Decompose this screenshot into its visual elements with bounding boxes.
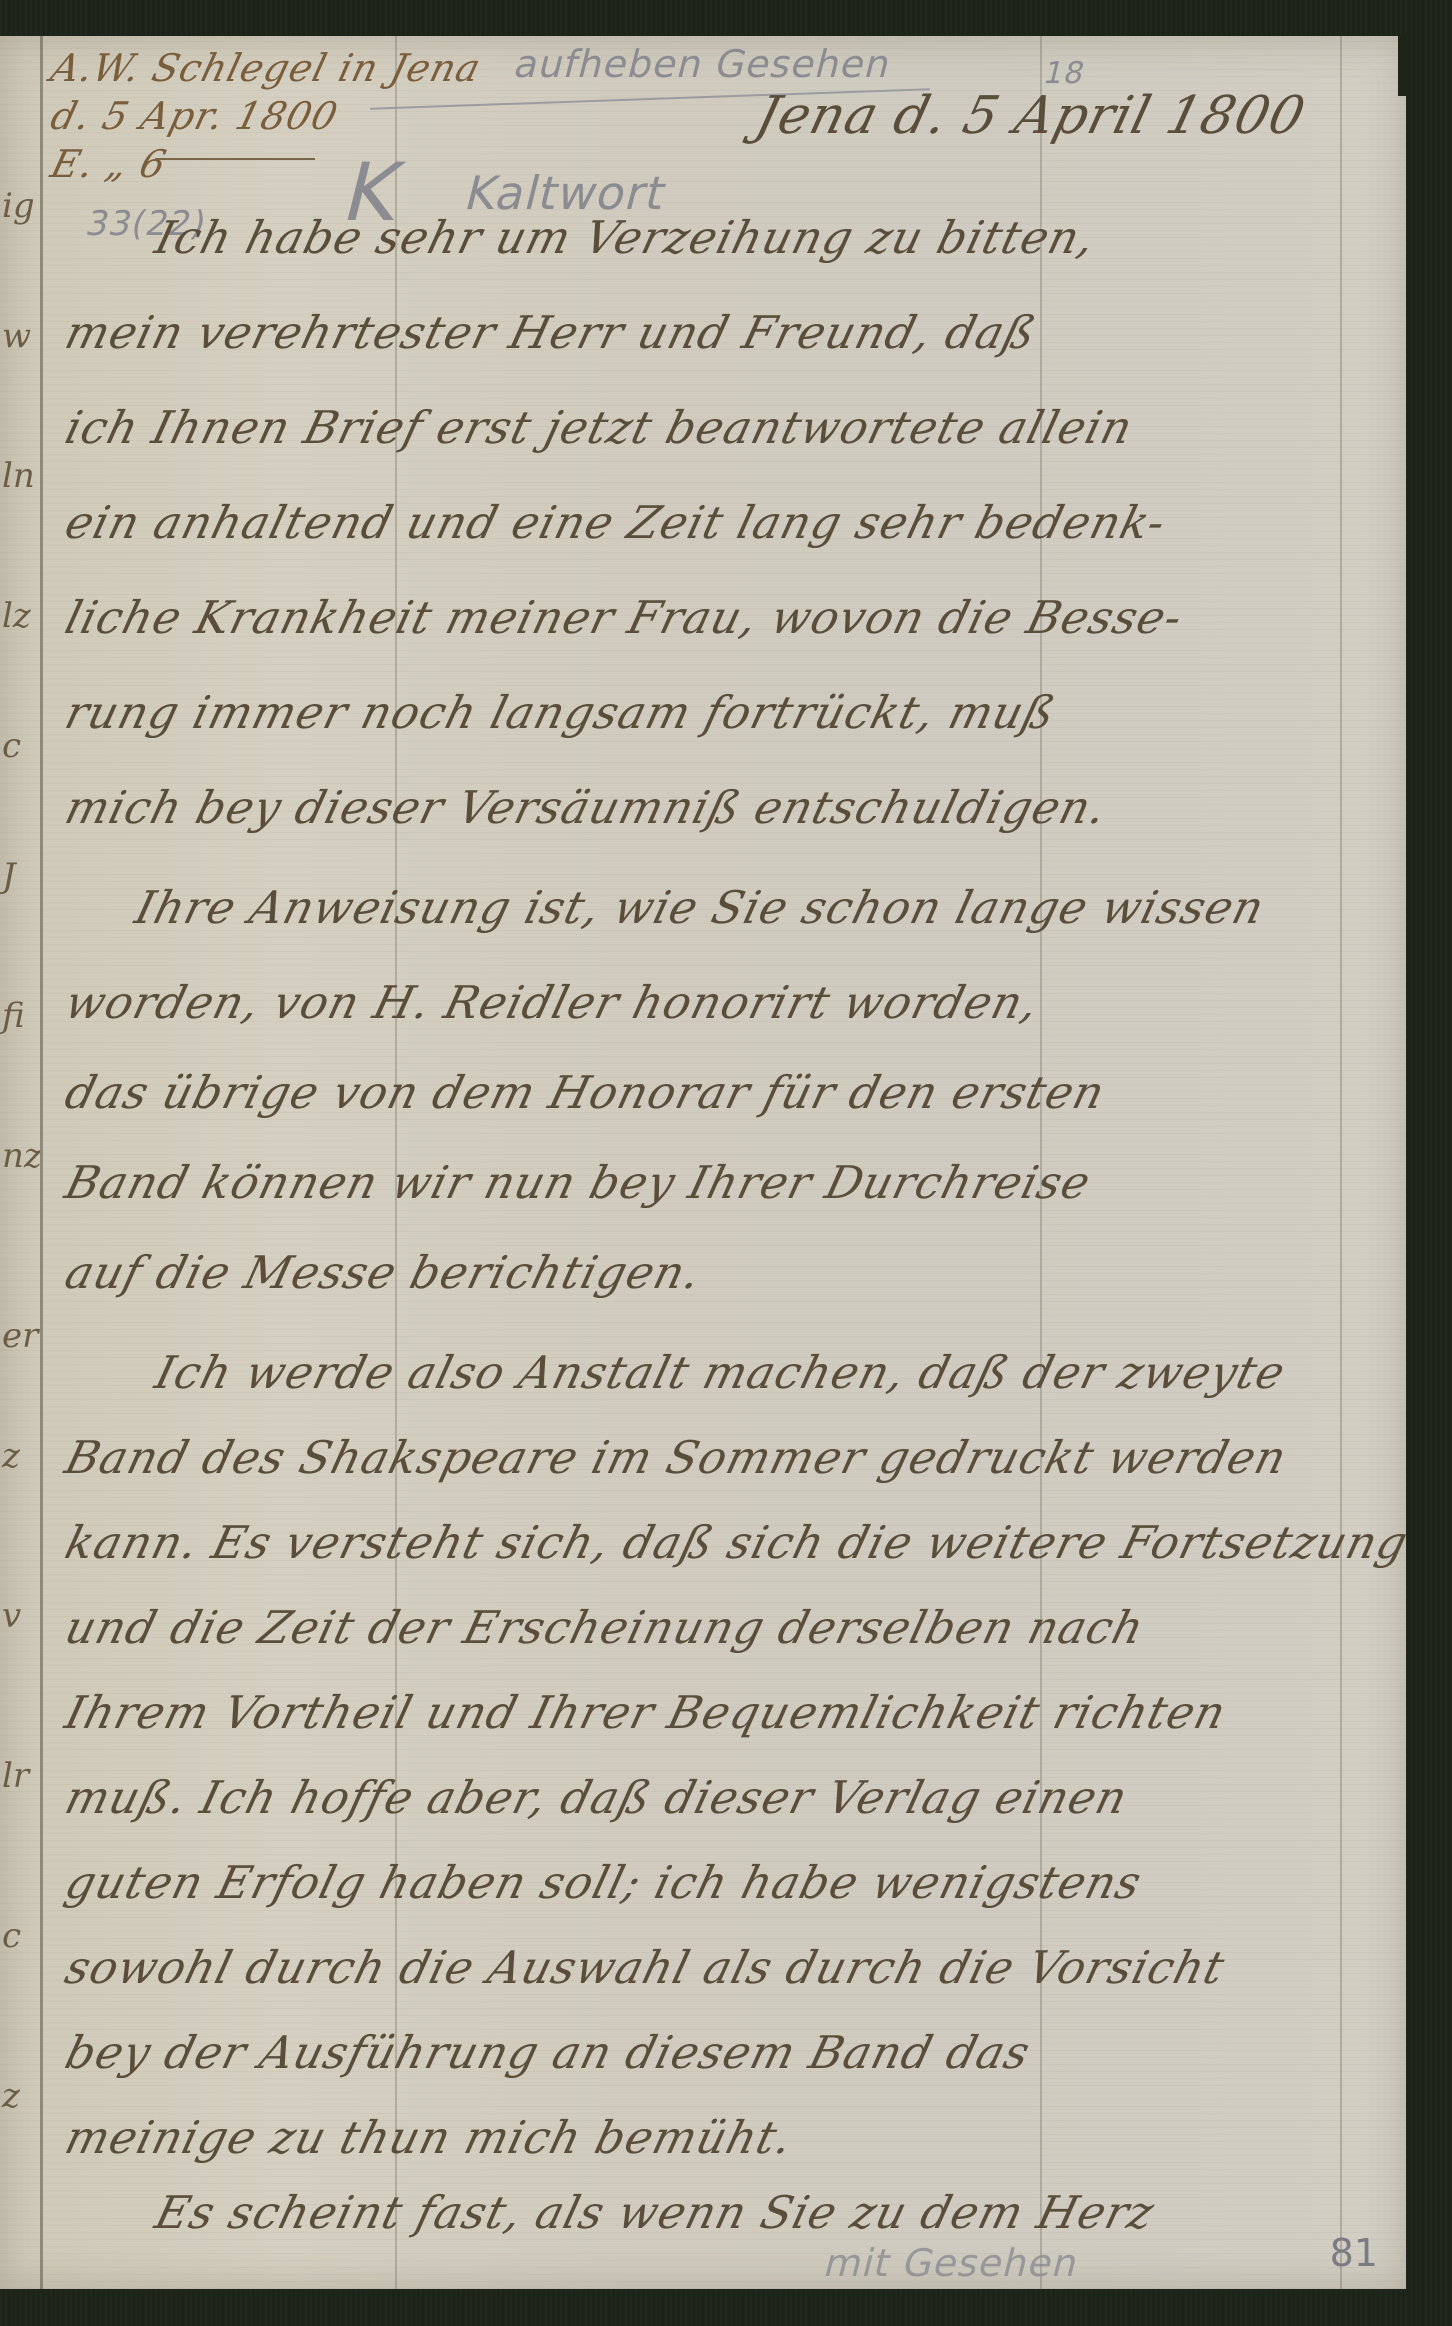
margin-fragment: c [2,1916,21,1956]
letter-line: kann. Es versteht sich, daß sich die wei… [60,1516,1413,1569]
margin-fragment: z [2,1436,20,1476]
letter-line: mich bey dieser Versäumniß entschuldigen… [60,781,1413,834]
margin-fragment: er [2,1316,38,1356]
letter-line: mein verehrtester Herr und Freund, daß [60,306,1413,359]
margin-fragment: ln [2,456,35,496]
letter-line: Es scheint fast, als wenn Sie zu dem Her… [150,2186,1452,2239]
docket-rule [155,158,315,160]
margin-fragment: fi [2,996,25,1036]
pencil-top-label: aufheben Gesehen [510,42,896,86]
manuscript-page: ig w ln lz c J fi nz er z v lr c z A.W. … [0,36,1406,2289]
letter-line: worden, von H. Reidler honorirt worden, [60,976,1413,1029]
margin-fragment: lz [2,596,31,636]
page-corner-notch [1398,36,1406,96]
adjacent-page-strip: ig w ln lz c J fi nz er z v lr c z [0,36,40,2289]
letter-line: meinige zu thun mich bemüht. [60,2111,1413,2164]
letter-line: bey der Ausführung an diesem Band das [60,2026,1413,2079]
letter-dateline: Jena d. 5 April 1800 [750,86,1311,146]
letter-line: das übrige von dem Honorar für den erste… [60,1066,1413,1119]
margin-fragment: z [2,2076,20,2116]
margin-fragment: J [2,856,16,896]
margin-fragment: lr [2,1756,29,1796]
letter-line: ein anhaltend und eine Zeit lang sehr be… [60,496,1413,549]
margin-fragment: ig [2,186,35,226]
letter-line: Ihre Anweisung ist, wie Sie schon lange … [130,881,1452,934]
docket-date: d. 5 Apr. 1800 [46,92,343,140]
letter-line: auf die Messe berichtigen. [60,1246,1413,1299]
fold-line [40,36,43,2289]
letter-line: guten Erfolg haben soll; ich habe wenigs… [60,1856,1413,1909]
letter-line: rung immer noch langsam fortrückt, muß [60,686,1413,739]
letter-line: ich Ihnen Brief erst jetzt beantwortete … [60,401,1413,454]
letter-line: liche Krankheit meiner Frau, wovon die B… [60,591,1413,644]
letter-line: sowohl durch die Auswahl als durch die V… [60,1941,1413,1994]
margin-fragment: w [2,316,31,356]
margin-fragment: v [2,1596,21,1636]
letter-line: Ihrem Vortheil und Ihrer Bequemlichkeit … [60,1686,1413,1739]
letter-line: Ich werde also Anstalt machen, daß der z… [150,1346,1452,1399]
folio-number: 81 [1330,2231,1378,2275]
pencil-bottom-note: mit Gesehen [820,2241,1084,2285]
margin-fragment: nz [2,1136,40,1176]
letter-line: und die Zeit der Erscheinung derselben n… [60,1601,1413,1654]
docket-author-place: A.W. Schlegel in Jena [46,44,486,92]
letter-line: Ich habe sehr um Verzeihung zu bitten, [150,211,1452,264]
letter-line: Band können wir nun bey Ihrer Durchreise [60,1156,1413,1209]
docket-receipt-note: E. „ 6 [46,140,172,188]
letter-line: muß. Ich hoffe aber, daß dieser Verlag e… [60,1771,1413,1824]
letter-line: Band des Shakspeare im Sommer gedruckt w… [60,1431,1413,1484]
margin-fragment: c [2,726,21,766]
